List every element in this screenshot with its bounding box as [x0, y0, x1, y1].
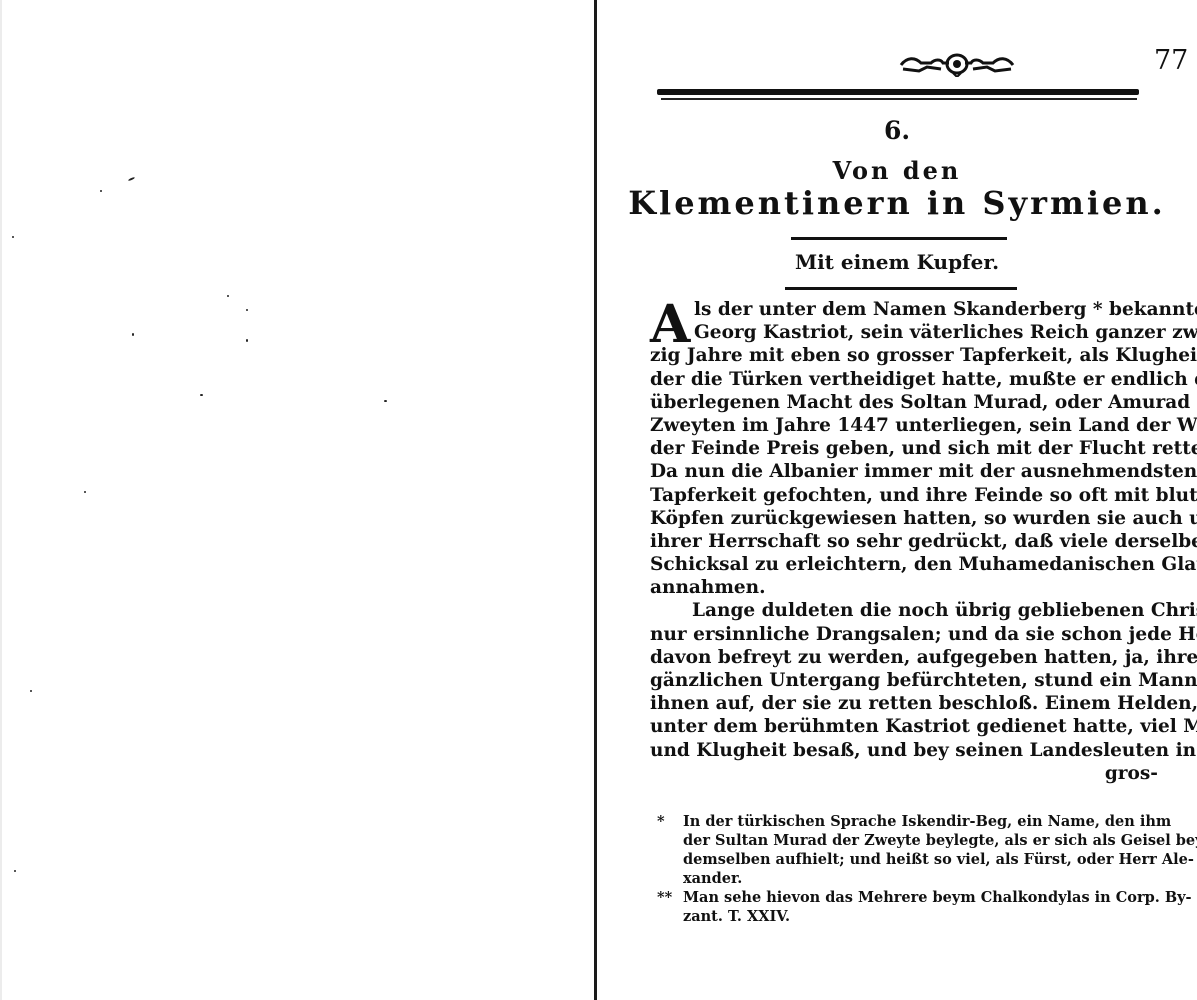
chapter-title-line1: Von den	[597, 156, 1197, 185]
page-edge	[0, 0, 2, 1000]
chapter-title-line2: Klementinern in Syrmien.	[597, 184, 1197, 222]
footnote-text: Man sehe hievon das Mehrere beym Chalkon…	[683, 889, 1192, 906]
text-line: annahmen.	[650, 576, 1158, 599]
scan-speck	[200, 394, 203, 396]
footnote-line: der Sultan Murad der Zweyte beylegte, al…	[657, 831, 1157, 850]
footnote-line: zant. T. XXIV.	[657, 907, 1157, 926]
drop-cap: A	[650, 302, 690, 348]
text-line: Da nun die Albanier immer mit der ausneh…	[650, 460, 1158, 483]
scan-speck	[227, 295, 229, 297]
header-rule-thick	[657, 89, 1139, 95]
footnote-line: demselben aufhielt; und heißt so viel, a…	[657, 850, 1157, 869]
text-line: Tapferkeit gefochten, und ihre Feinde so…	[650, 484, 1158, 507]
ornament-icon	[897, 51, 1017, 77]
footnote-mark: *	[657, 812, 683, 831]
scan-speck	[384, 400, 387, 402]
chapter-number: 6.	[597, 116, 1197, 145]
footnote-text: In der türkischen Sprache Iskendir-Beg, …	[683, 813, 1171, 830]
text-line: Köpfen zurückgewiesen hatten, so wurden …	[650, 507, 1158, 530]
text-line: Schicksal zu erleichtern, den Muhamedani…	[650, 553, 1158, 576]
scan-speck	[100, 190, 102, 192]
text-line: Georg Kastriot, sein väterliches Reich g…	[650, 321, 1158, 344]
running-header: 77	[657, 45, 1137, 85]
text-line: Zweyten im Jahre 1447 unterliegen, sein …	[650, 414, 1158, 437]
subtitle-rule	[785, 287, 1017, 290]
text-line: überlegenen Macht des Soltan Murad, oder…	[650, 391, 1158, 414]
page-number: 77	[1154, 45, 1188, 76]
text-line: ihnen auf, der sie zu retten beschloß. E…	[650, 692, 1158, 715]
text-line: nur ersinnliche Drangsalen; und da sie s…	[650, 623, 1158, 646]
scan-speck	[30, 690, 32, 692]
scan-speck	[84, 491, 86, 493]
text-line: unter dem berühmten Kastriot gedienet ha…	[650, 715, 1158, 738]
footnote-line: xander.	[657, 869, 1157, 888]
scan-speck	[246, 339, 248, 342]
scan-speck	[132, 333, 134, 336]
footnote-line: *In der türkischen Sprache Iskendir-Beg,…	[657, 812, 1157, 831]
title-rule	[791, 237, 1007, 240]
text-line: und Klugheit besaß, und bey seinen Lande…	[650, 739, 1158, 762]
scan-speck	[12, 236, 14, 238]
right-page: 77 6. Von den Klementinern in Syrmien. M…	[597, 0, 1197, 1000]
chapter-subtitle: Mit einem Kupfer.	[597, 250, 1197, 274]
scan-speck	[128, 177, 135, 182]
book-spread: 77 6. Von den Klementinern in Syrmien. M…	[0, 0, 1197, 1000]
text-line: der die Türken vertheidiget hatte, mußte…	[650, 368, 1158, 391]
footnotes: *In der türkischen Sprache Iskendir-Beg,…	[657, 812, 1157, 926]
left-page-blank	[0, 0, 594, 1000]
footnote-line: **Man sehe hievon das Mehrere beym Chalk…	[657, 888, 1157, 907]
text-line: zig Jahre mit eben so grosser Tapferkeit…	[650, 344, 1158, 367]
text-line: gänzlichen Untergang befürchteten, stund…	[650, 669, 1158, 692]
text-line: ihrer Herrschaft so sehr gedrückt, daß v…	[650, 530, 1158, 553]
catchword: gros-	[650, 762, 1158, 785]
text-line: davon befreyt zu werden, aufgegeben hatt…	[650, 646, 1158, 669]
footnote-mark: **	[657, 888, 683, 907]
header-rule-thin	[661, 98, 1137, 100]
text-line: ls der unter dem Namen Skanderberg * bek…	[650, 298, 1158, 321]
scan-speck	[14, 870, 16, 872]
text-line: Lange duldeten die noch übrig gebliebene…	[650, 599, 1158, 622]
text-line: der Feinde Preis geben, und sich mit der…	[650, 437, 1158, 460]
scan-speck	[246, 309, 248, 311]
body-text: A ls der unter dem Namen Skanderberg * b…	[650, 298, 1158, 785]
